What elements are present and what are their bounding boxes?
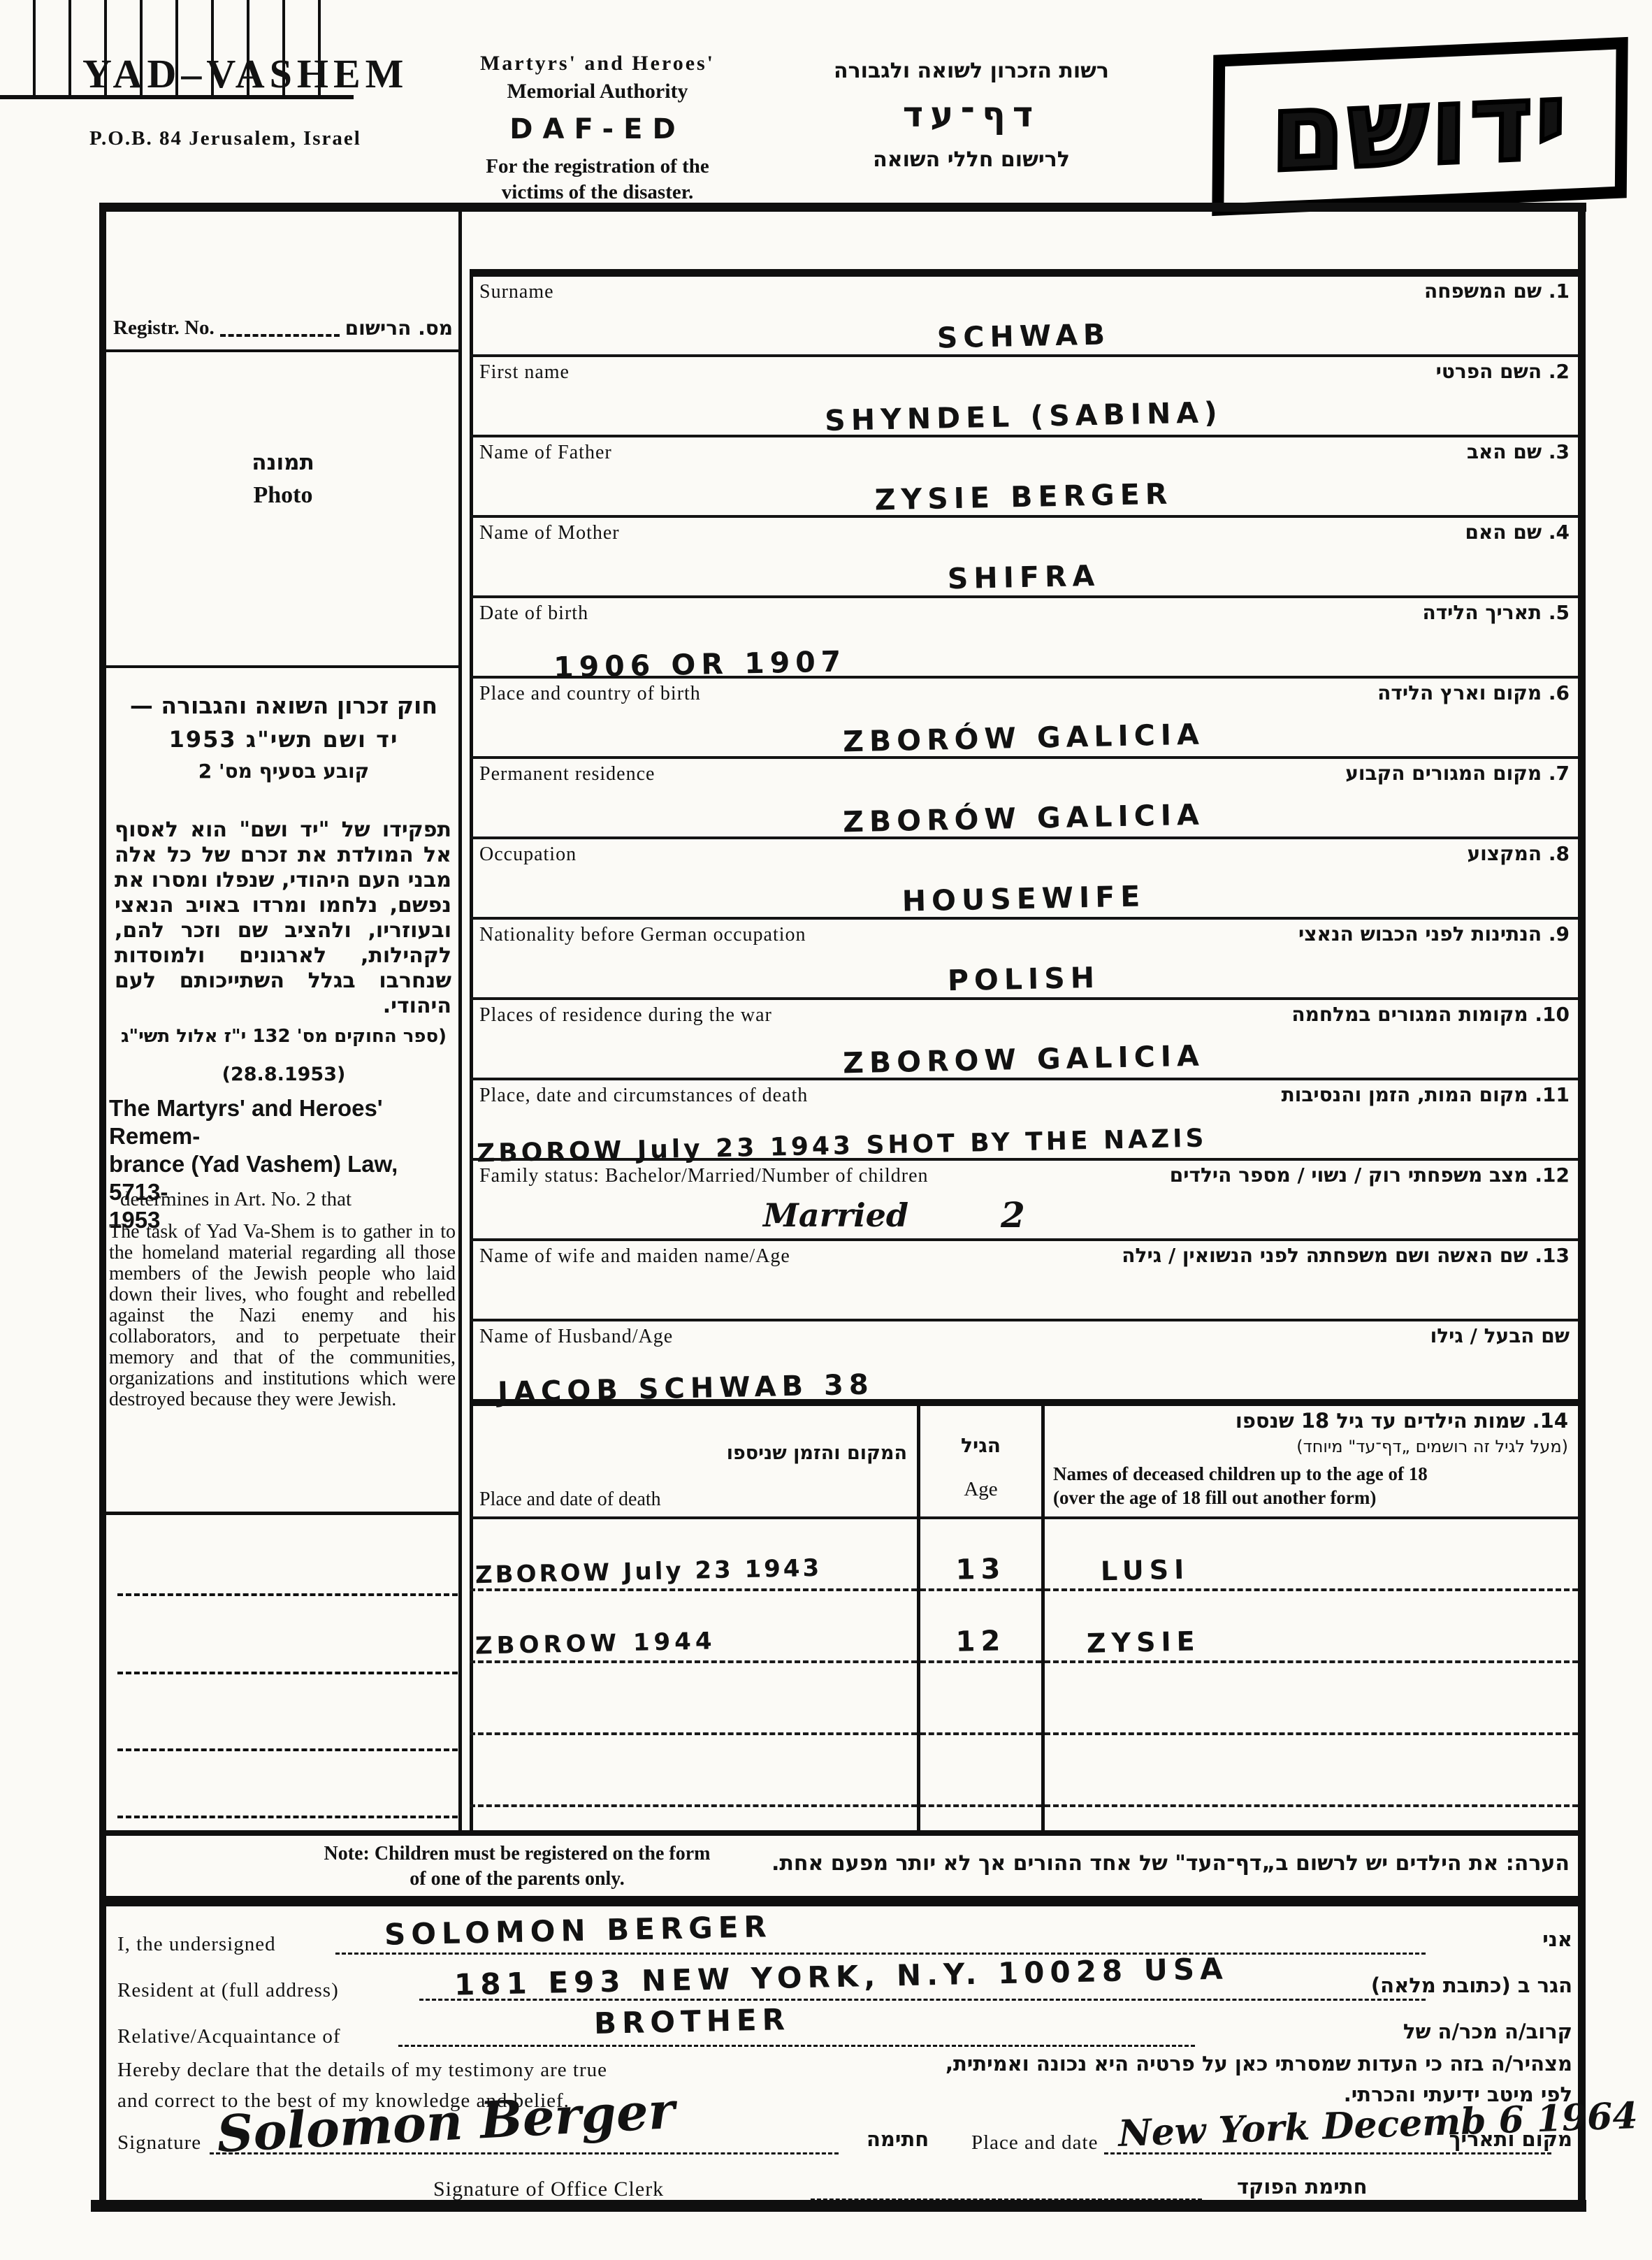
field-label-he: 5. תאריך הלידה [1422, 601, 1570, 624]
number-cell [0, 0, 36, 95]
child-age-value [920, 1800, 1041, 1803]
field-value-handwritten: ZYSIE BERGER [470, 468, 1579, 525]
note-text-he: הערה: את הילדים יש לרשום ב„דף־העד" של אח… [771, 1851, 1570, 1876]
field-value-handwritten: Married [763, 1196, 908, 1234]
field-label-en: Place and country of birth [479, 683, 701, 705]
place-date-label: Place and date [971, 2131, 1098, 2154]
field-label-he: 12. מצב משפחתי רוק / נשוי / מספר הילדים [1170, 1164, 1570, 1187]
registr-label-en: Registr. No. [113, 317, 215, 340]
field-row-surname: Surname 1. שם המשפחה SCHWAB [470, 277, 1578, 357]
field-value-handwritten: 1906 OR 1907 [470, 629, 1579, 686]
field-label-he: 4. שם האם [1465, 521, 1570, 544]
dotted-line [398, 2045, 1195, 2047]
photo-box: תמונה Photo [106, 352, 460, 668]
field-row-nationality: Nationality before German occupation 9. … [470, 920, 1578, 1000]
child-name-cell: LUSI [1045, 1519, 1578, 1591]
note-section: Note: Children must be registered on the… [105, 1830, 1581, 1906]
field-label-en: Family status: Bachelor/Married/Number o… [479, 1165, 929, 1187]
field-row-death-circumstances: Place, date and circumstances of death 1… [470, 1080, 1578, 1161]
child-place-cell [470, 1663, 917, 1735]
field-label-en: First name [479, 361, 570, 384]
column-header-names: 14. שמות הילדים עד גיל 18 שנספו (מעל לגי… [1045, 1406, 1578, 1519]
field-label-en: Permanent residence [479, 763, 655, 785]
column-age: הגיל Age 13 12 [920, 1406, 1045, 1832]
registration-number-row: Registr. No. מס. הרישום [106, 306, 460, 352]
relative-label: Relative/Acquaintance of [117, 2025, 341, 2048]
yad-vashem-logo: ידושם [1212, 37, 1628, 216]
purpose-line2: victims of the disaster. [433, 181, 762, 204]
child-place-value: ZBOROW 1944 [475, 1627, 716, 1660]
declare-en-line1: Hereby declare that the details of my te… [117, 2059, 607, 2082]
logo-hebrew-text: ידושם [1270, 58, 1570, 195]
col-place-en: Place and date of death [479, 1488, 661, 1511]
table-filler [470, 1807, 917, 1832]
children-title-he: 14. שמות הילדים עד גיל 18 שנספו [1236, 1409, 1568, 1433]
law-title-block: חוק זכרון השואה והגבורה — יד ושם תשי"ג 1… [112, 692, 456, 783]
children-subtitle-he: (מעל לגיל זה רושמים „דף־עד" מיוחד) [1296, 1437, 1568, 1456]
undersigned-label: I, the undersigned [117, 1933, 276, 1956]
authority-block-hebrew: רשות הזכרון לשואה ולגבורה דף־עד לרישום ח… [790, 59, 1153, 172]
field-label-en: Places of residence during the war [479, 1004, 772, 1027]
relative-value-handwritten: BROTHER [594, 2002, 791, 2041]
dotted-line [117, 1672, 458, 1674]
form-code: DAF-ED [433, 113, 762, 145]
field-value-handwritten: SHYNDEL (SABINA) [470, 388, 1579, 444]
top-border-bar [105, 203, 1586, 212]
dotted-line [419, 1999, 1426, 2001]
undersigned-label-he: אני [1542, 1927, 1572, 1951]
children-title-en: Names of deceased children up to the age… [1053, 1463, 1428, 1485]
children-title-en2: (over the age of 18 fill out another for… [1053, 1487, 1376, 1509]
child-name-cell [1045, 1663, 1578, 1735]
col-age-en: Age [920, 1478, 1041, 1501]
org-address: P.O.B. 84 Jerusalem, Israel [89, 127, 361, 150]
law-text-english: The task of Yad Va-Shem is to gather in … [109, 1222, 456, 1410]
law-reference-hebrew: (ספר החוקים מס' 132 י"ז אלול תשי"ג [112, 1026, 456, 1047]
child-place-cell: ZBOROW July 23 1943 [470, 1519, 917, 1591]
dotted-line [210, 2152, 839, 2154]
field-value-handwritten: ZBORÓW GALICIA [470, 709, 1579, 766]
child-name-value: ZYSIE [1087, 1625, 1201, 1658]
field-row-husband: Name of Husband/Age שם הבעל / גילו JACOB… [470, 1321, 1578, 1406]
field-label-he: 7. מקום המגורים הקבוע [1345, 762, 1570, 785]
col-place-he: המקום והזמן שניספו [727, 1442, 907, 1464]
purpose-line1: For the registration of the [433, 155, 762, 178]
declaration-section: I, the undersigned SOLOMON BERGER אני Re… [105, 1906, 1581, 2200]
law-title-english: The Martyrs' and Heroes' Remem- brance (… [109, 1094, 458, 1234]
registr-label-he: מס. הרישום [345, 317, 453, 340]
place-date-label-he: מקום ותאריך [1449, 2127, 1572, 2151]
child-name-cell: ZYSIE [1045, 1591, 1578, 1663]
field-label-en: Place, date and circumstances of death [479, 1085, 808, 1107]
column-child-names: 14. שמות הילדים עד גיל 18 שנספו (מעל לגי… [1045, 1406, 1578, 1832]
child-age-cell: 12 [920, 1591, 1041, 1663]
authority-block: Martyrs' and Heroes' Memorial Authority … [433, 52, 762, 204]
field-label-en: Date of birth [479, 602, 588, 625]
undersigned-value-handwritten: SOLOMON BERGER [384, 1909, 773, 1952]
number-cell [36, 0, 71, 95]
child-age-value [920, 1728, 1041, 1731]
child-age-cell [920, 1735, 1041, 1807]
field-value-handwritten: ZBORÓW GALICIA [470, 790, 1579, 846]
child-age-value: 13 [920, 1552, 1042, 1587]
field-label-he: 3. שם האב [1467, 440, 1570, 463]
bottom-border-bar [91, 2200, 1586, 2212]
dotted-line [220, 314, 340, 337]
resident-value-handwritten: 181 E93 NEW YORK, N.Y. 10028 USA [454, 1951, 1229, 2001]
field-label-en: Name of wife and maiden name/Age [479, 1245, 790, 1268]
field-label-he: 9. הנתינות לפני הכבוש הנאצי [1298, 922, 1570, 946]
field-label-he: 10. מקומות המגורים במלחמה [1291, 1003, 1570, 1026]
field-value-handwritten: JACOB SCHWAB 38 [470, 1354, 1579, 1409]
dotted-line [335, 1953, 1426, 1955]
authority-line2: Memorial Authority [433, 80, 762, 103]
column-header-age: הגיל Age [920, 1406, 1041, 1519]
law-text-hebrew: תפקידו של "יד ושם" הוא לאסוף אל המולדת א… [115, 818, 451, 1019]
relative-label-he: קרוב/ה מכר/ה של [1403, 2020, 1572, 2043]
dotted-line [117, 1593, 458, 1596]
field-label-en: Name of Husband/Age [479, 1326, 673, 1348]
field-row-birth-place: Place and country of birth 6. מקום וארץ … [470, 679, 1578, 759]
child-name-cell [1045, 1735, 1578, 1807]
photo-label-he: תמונה [252, 450, 314, 475]
form-fields: Surname 1. שם המשפחה SCHWAB First name 2… [470, 269, 1578, 1832]
column-place-of-death: המקום והזמן שניספו Place and date of dea… [470, 1406, 920, 1832]
field-label-en: Nationality before German occupation [479, 924, 806, 946]
dotted-line [811, 2199, 1202, 2201]
purpose-hebrew: לרישום חללי השואה [790, 147, 1153, 172]
field-label-en: Occupation [479, 843, 577, 866]
field-row-permanent-residence: Permanent residence 7. מקום המגורים הקבו… [470, 759, 1578, 839]
column-header-place: המקום והזמן שניספו Place and date of dea… [470, 1406, 917, 1519]
field-row-war-residence: Places of residence during the war 10. מ… [470, 1000, 1578, 1080]
field-label-he: 11. מקום המות, הזמן והנסיבות [1282, 1083, 1570, 1106]
field-row-occupation: Occupation 8. המקצוע HOUSEWIFE [470, 839, 1578, 920]
child-age-value: 12 [920, 1624, 1042, 1659]
field-label-he: שם הבעל / גילו [1430, 1324, 1570, 1347]
dotted-line [117, 1816, 458, 1818]
field-row-first-name: First name 2. השם הפרטי SHYNDEL (SABINA) [470, 357, 1578, 437]
child-place-value: ZBOROW July 23 1943 [475, 1554, 823, 1589]
page-of-testimony-scan: YAD–VASHEM P.O.B. 84 Jerusalem, Israel M… [0, 0, 1652, 2260]
resident-label: Resident at (full address) [117, 1979, 339, 2002]
declare-he-line1: מצהיר/ה בזה כי העדות שמסרתי כאן על פרטיה… [945, 2052, 1572, 2076]
child-age-cell [920, 1663, 1041, 1735]
law-title-line3: קובע בסעיף מס' 2 [112, 760, 456, 783]
resident-label-he: הגר ב (כתובת מלאה) [1371, 1973, 1572, 1997]
table-filler [920, 1807, 1041, 1832]
field-row-family-status: Family status: Bachelor/Married/Number o… [470, 1161, 1578, 1241]
law-reference-date: (28.8.1953) [112, 1064, 456, 1085]
law-title-en-line1: The Martyrs' and Heroes' Remem- [109, 1094, 458, 1150]
sidebar-bottom-box-top-line [105, 1512, 458, 1515]
child-name-value: LUSI [1101, 1554, 1190, 1587]
field-row-mother: Name of Mother 4. שם האם SHIFRA [470, 518, 1578, 598]
dotted-line [117, 1748, 458, 1751]
authority-line1: Martyrs' and Heroes' [433, 52, 762, 75]
field-label-en: Name of Father [479, 442, 612, 464]
law-title-line1: חוק זכרון השואה והגבורה — [112, 692, 456, 719]
form-code-hebrew: דף־עד [790, 94, 1153, 135]
field-label-he: 8. המקצוע [1467, 842, 1570, 865]
col-age-he: הגיל [920, 1434, 1041, 1457]
field-label-he: 13. שם האשה ושם משפחתה לפני הנשואין / גי… [1122, 1244, 1570, 1267]
field-value-handwritten: SCHWAB [470, 307, 1579, 364]
field-label-he: 2. השם הפרטי [1436, 360, 1570, 383]
field-value-handwritten: SHIFRA [470, 549, 1579, 605]
field-value-handwritten: HOUSEWIFE [470, 870, 1579, 927]
law-title-line2: יד ושם תשי"ג 1953 [112, 726, 456, 753]
clerk-label: Signature of Office Clerk [433, 2178, 664, 2201]
field-row-birth-date: Date of birth 5. תאריך הלידה 1906 OR 190… [470, 598, 1578, 679]
child-place-cell: ZBOROW 1944 [470, 1591, 917, 1663]
field-label-he: 6. מקום וארץ הלידה [1377, 681, 1570, 704]
signature-label: Signature [117, 2131, 201, 2154]
authority-hebrew: רשות הזכרון לשואה ולגבורה [790, 59, 1153, 83]
signature-label-he: חתימה [867, 2127, 929, 2151]
child-age-cell: 13 [920, 1519, 1041, 1591]
photo-label-en: Photo [254, 482, 313, 509]
deceased-children-table: המקום והזמן שניספו Place and date of dea… [470, 1406, 1578, 1832]
field-value2-handwritten: 2 [1001, 1194, 1025, 1236]
field-label-en: Name of Mother [479, 522, 620, 544]
field-row-father: Name of Father 3. שם האב ZYSIE BERGER [470, 437, 1578, 518]
field-row-wife: Name of wife and maiden name/Age 13. שם … [470, 1241, 1578, 1321]
field-value-handwritten: POLISH [470, 950, 1579, 1007]
org-name: YAD–VASHEM [82, 50, 408, 97]
field-label-en: Surname [479, 281, 554, 303]
field-label-he: 1. שם המשפחה [1424, 280, 1570, 303]
child-place-cell [470, 1735, 917, 1807]
field-value-handwritten: ZBOROW GALICIA [470, 1031, 1579, 1087]
table-filler [1045, 1807, 1578, 1832]
dotted-line [1104, 2152, 1551, 2154]
law-determines-english: determines in Art. No. 2 that [120, 1188, 456, 1211]
clerk-label-he: חתימת הפוקד [1237, 2175, 1368, 2199]
